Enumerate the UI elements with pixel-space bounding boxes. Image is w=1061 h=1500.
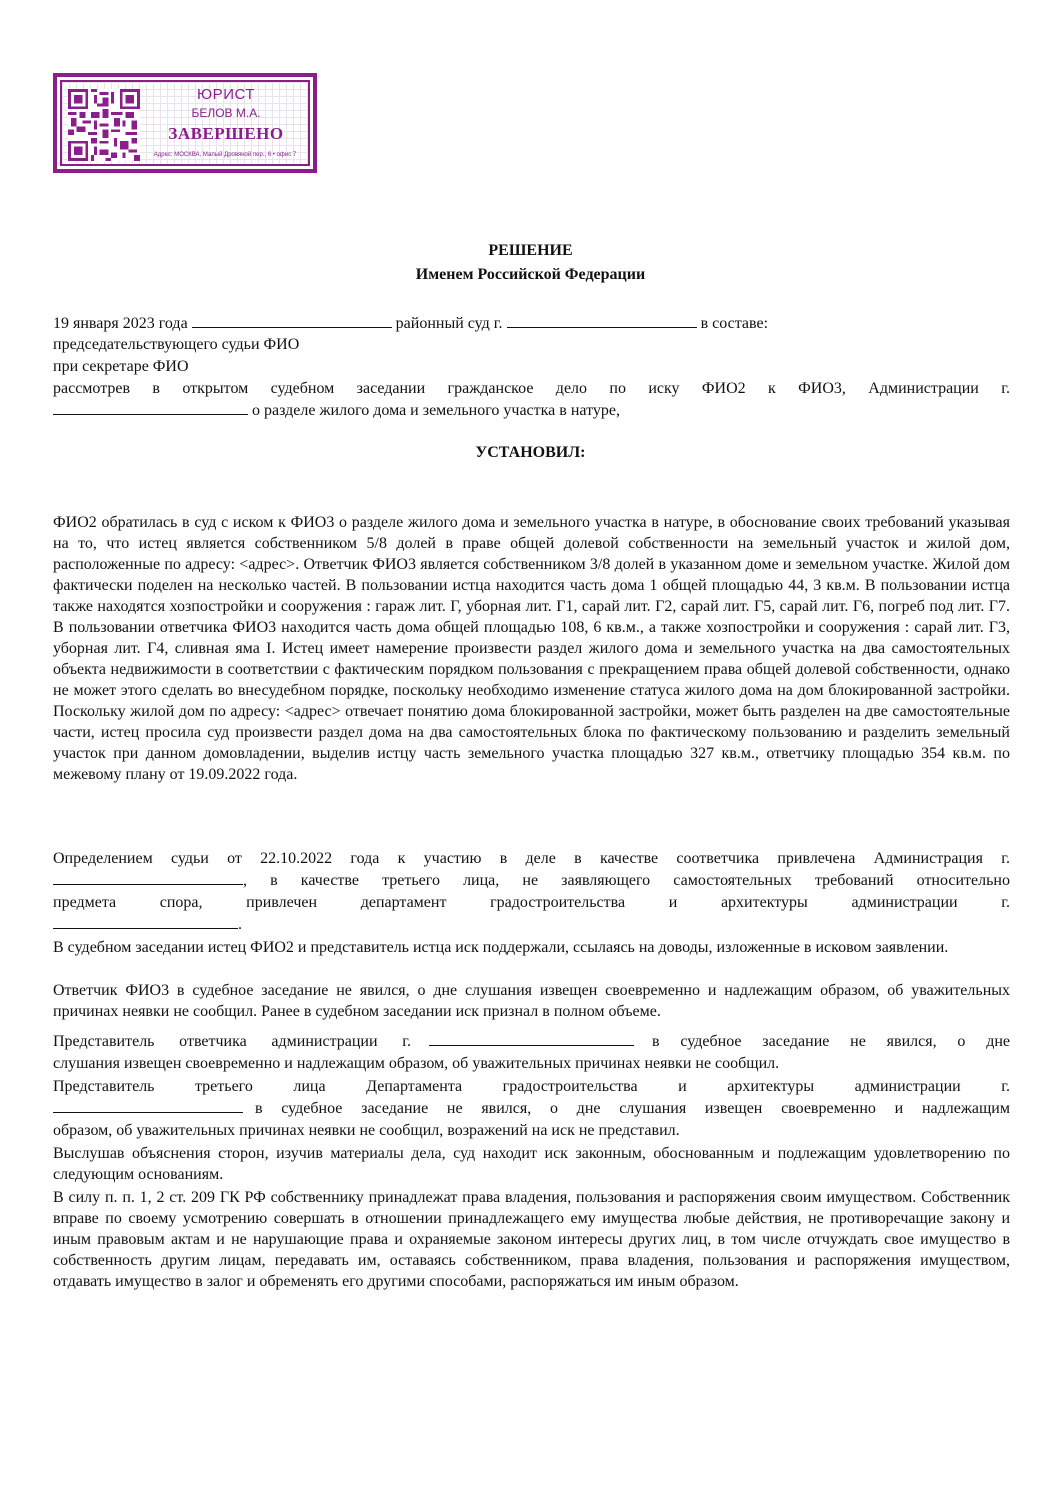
qr-code-icon (68, 87, 140, 163)
case-line-1: рассмотрев в открытом судебном заседании… (53, 378, 1010, 399)
paragraph-third-party-line-3: образом, об уважительных причинах неявки… (53, 1120, 1010, 1141)
intro-date-line: 19 января 2023 года районный суд г. в со… (53, 313, 1010, 334)
blank-field (192, 313, 392, 328)
blank-field (507, 313, 697, 328)
paragraph-third-party-line-2: в судебное заседание не явился, о дне сл… (53, 1098, 1010, 1119)
document-title: РЕШЕНИЕ (0, 242, 1061, 260)
paragraph-ruling-line-3: предмета спора, привлечен департамент гр… (53, 892, 1010, 913)
stamp-title: ЮРИСТ (144, 86, 308, 103)
paragraph-ruling-line-2: , в качестве третьего лица, не заявляюще… (53, 870, 1010, 891)
paragraph-court-finding: Выслушав объяснения сторон, изучив матер… (53, 1143, 1010, 1185)
paragraph-ruling-line-4: . (53, 914, 1010, 935)
paragraph-admin-line-2: слушания извещен своевременно и надлежащ… (53, 1053, 1010, 1074)
blank-field (53, 870, 243, 885)
paragraph-claim: ФИО2 обратилась в суд с иском к ФИО3 о р… (53, 512, 1010, 785)
section-title: УСТАНОВИЛ: (0, 444, 1061, 462)
blank-field (429, 1031, 634, 1046)
stamp-grid: ЮРИСТ БЕЛОВ М.А. ЗАВЕРШЕНО Адрес: МОСКВА… (60, 80, 310, 166)
paragraph-third-party-line-1: Представитель третьего лица Департамента… (53, 1076, 1010, 1097)
blank-field (53, 914, 238, 929)
paragraph-plaintiff: В судебном заседании истец ФИО2 и предст… (53, 937, 1010, 958)
court-label: районный суд г. (396, 315, 503, 332)
blank-field (53, 1098, 243, 1113)
composition-label: в составе: (701, 315, 768, 332)
judge-line: председательствующего судьи ФИО (53, 334, 1010, 355)
paragraph-ruling-line-1: Определением судьи от 22.10.2022 года к … (53, 848, 1010, 869)
document-page: ЮРИСТ БЕЛОВ М.А. ЗАВЕРШЕНО Адрес: МОСКВА… (0, 0, 1061, 1500)
paragraph-civil-code: В силу п. п. 1, 2 ст. 209 ГК РФ собствен… (53, 1187, 1010, 1292)
stamp-address: Адрес: МОСКВА, Малый Дровяной пер., 6 • … (144, 152, 306, 158)
stamp-status: ЗАВЕРШЕНО (144, 124, 308, 144)
case-line-2: о разделе жилого дома и земельного участ… (53, 400, 1010, 421)
stamp-lawyer-name: БЕЛОВ М.А. (144, 106, 308, 120)
document-subtitle: Именем Российской Федерации (0, 266, 1061, 284)
paragraph-admin-line-1: Представитель ответчика администрации г.… (53, 1031, 1010, 1052)
paragraph-defendant: Ответчик ФИО3 в судебное заседание не яв… (53, 980, 1010, 1022)
blank-field (53, 400, 248, 415)
secretary-line: при секретаре ФИО (53, 356, 1010, 377)
lawyer-stamp: ЮРИСТ БЕЛОВ М.А. ЗАВЕРШЕНО Адрес: МОСКВА… (53, 73, 317, 173)
decision-date: 19 января 2023 года (53, 315, 188, 332)
